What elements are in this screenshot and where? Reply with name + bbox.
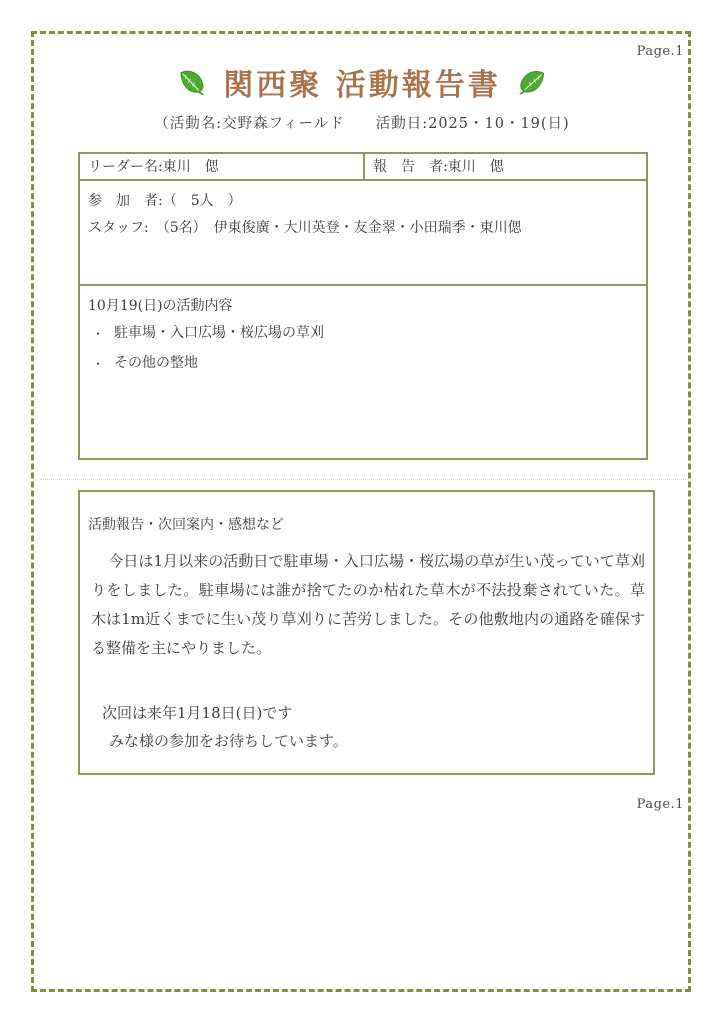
report-box-heading: 活動報告・次回案内・感想など — [88, 514, 284, 534]
page-number-top: Page.1 — [637, 44, 684, 59]
report-page: Page.1 関西聚 活動報告書 （活動名:交野森フィールド 活動日:2025・… — [0, 0, 724, 1024]
document-header: 関西聚 活動報告書 — [0, 60, 724, 104]
activity-item-text: その他の整地 — [114, 349, 198, 379]
activity-content-heading: 10月19(日)の活動内容 — [88, 293, 638, 319]
next-meeting-date: 次回は来年1月18日(日)です — [102, 702, 292, 723]
leader-name-cell: リーダー名:東川 偲 — [80, 154, 363, 179]
bullet-marker: ・ — [88, 349, 114, 379]
closing-message: みな様の参加をお待ちしています。 — [109, 730, 348, 751]
table-row-participants: 参 加 者:（ 5人 ） スタッフ: （5名） 伊東俊廣・大川英登・友金翠・小田… — [80, 181, 646, 286]
staff-list: スタッフ: （5名） 伊東俊廣・大川英登・友金翠・小田瑞季・東川偲 — [88, 215, 638, 242]
leaf-icon — [514, 64, 550, 100]
reporter-name-cell: 報 告 者:東川 偲 — [363, 154, 646, 179]
list-item: ・ その他の整地 — [88, 349, 638, 379]
activity-report-box: 活動報告・次回案内・感想など 今日は1月以来の活動日で駐車場・入口広場・桜広場の… — [78, 490, 655, 775]
bullet-marker: ・ — [88, 319, 114, 349]
document-title: 関西聚 活動報告書 — [223, 60, 500, 104]
document-subtitle: （活動名:交野森フィールド 活動日:2025・10・19(日) — [0, 112, 724, 133]
activity-info-table: リーダー名:東川 偲 報 告 者:東川 偲 参 加 者:（ 5人 ） スタッフ:… — [78, 152, 648, 460]
list-item: ・ 駐車場・入口広場・桜広場の草刈 — [88, 319, 638, 349]
leaf-icon — [175, 65, 210, 100]
table-row-names: リーダー名:東川 偲 報 告 者:東川 偲 — [80, 154, 646, 181]
table-row-activity-content: 10月19(日)の活動内容 ・ 駐車場・入口広場・桜広場の草刈 ・ その他の整地 — [80, 286, 646, 458]
page-number-bottom: Page.1 — [637, 797, 684, 812]
report-body-text: 今日は1月以来の活動日で駐車場・入口広場・桜広場の草が生い茂っていて草刈りをしま… — [91, 547, 645, 663]
participants-count: 参 加 者:（ 5人 ） — [88, 188, 638, 215]
activity-item-text: 駐車場・入口広場・桜広場の草刈 — [114, 319, 324, 349]
section-divider-line — [40, 479, 686, 480]
